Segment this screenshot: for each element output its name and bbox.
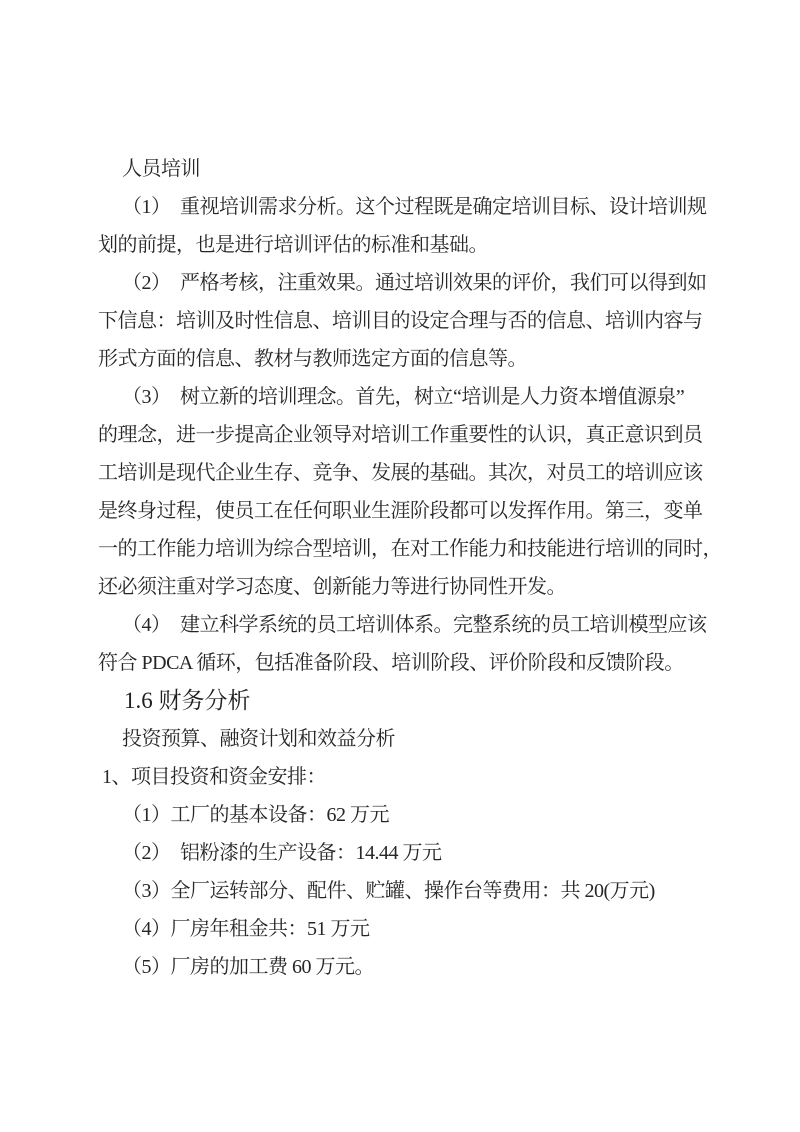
text-line: （2） 严格考核，注重效果。通过培训效果的评价，我们可以得到如 xyxy=(98,264,738,302)
text-line: 下信息：培训及时性信息、培训目的设定合理与否的信息、培训内容与 xyxy=(98,302,738,340)
text-line: 1、项目投资和资金安排： xyxy=(98,758,738,796)
text-line: 符合 PDCA 循环，包括准备阶段、培训阶段、评价阶段和反馈阶段。 xyxy=(98,644,738,682)
text-line: 人员培训 xyxy=(98,150,738,188)
text-line: 一的工作能力培训为综合型培训，在对工作能力和技能进行培训的同时， xyxy=(98,530,738,568)
text-line: （4） 建立科学系统的员工培训体系。完整系统的员工培训模型应该 xyxy=(98,606,738,644)
text-line: （1）工厂的基本设备：62 万元 xyxy=(98,796,738,834)
text-line: （1） 重视培训需求分析。这个过程既是确定培训目标、设计培训规 xyxy=(98,188,738,226)
text-line: （3）全厂运转部分、配件、贮罐、操作台等费用：共 20(万元) xyxy=(98,872,738,910)
document-page: 人员培训（1） 重视培训需求分析。这个过程既是确定培训目标、设计培训规划的前提，… xyxy=(98,150,738,986)
text-line: 的理念，进一步提高企业领导对培训工作重要性的认识，真正意识到员 xyxy=(98,416,738,454)
section-heading: 1.6 财务分析 xyxy=(98,682,738,720)
text-line: 形式方面的信息、教材与教师选定方面的信息等。 xyxy=(98,340,738,378)
text-line: 还必须注重对学习态度、创新能力等进行协同性开发。 xyxy=(98,568,738,606)
text-line: （5）厂房的加工费 60 万元。 xyxy=(98,948,738,986)
text-line: 划的前提，也是进行培训评估的标准和基础。 xyxy=(98,226,738,264)
text-line: （3） 树立新的培训理念。首先，树立“培训是人力资本增值源泉” xyxy=(98,378,738,416)
text-line: 是终身过程，使员工在任何职业生涯阶段都可以发挥作用。第三，变单 xyxy=(98,492,738,530)
text-line: （2） 铝粉漆的生产设备：14.44 万元 xyxy=(98,834,738,872)
text-line: （4）厂房年租金共：51 万元 xyxy=(98,910,738,948)
text-line: 工培训是现代企业生存、竞争、发展的基础。其次，对员工的培训应该 xyxy=(98,454,738,492)
text-line: 投资预算、融资计划和效益分析 xyxy=(98,720,738,758)
